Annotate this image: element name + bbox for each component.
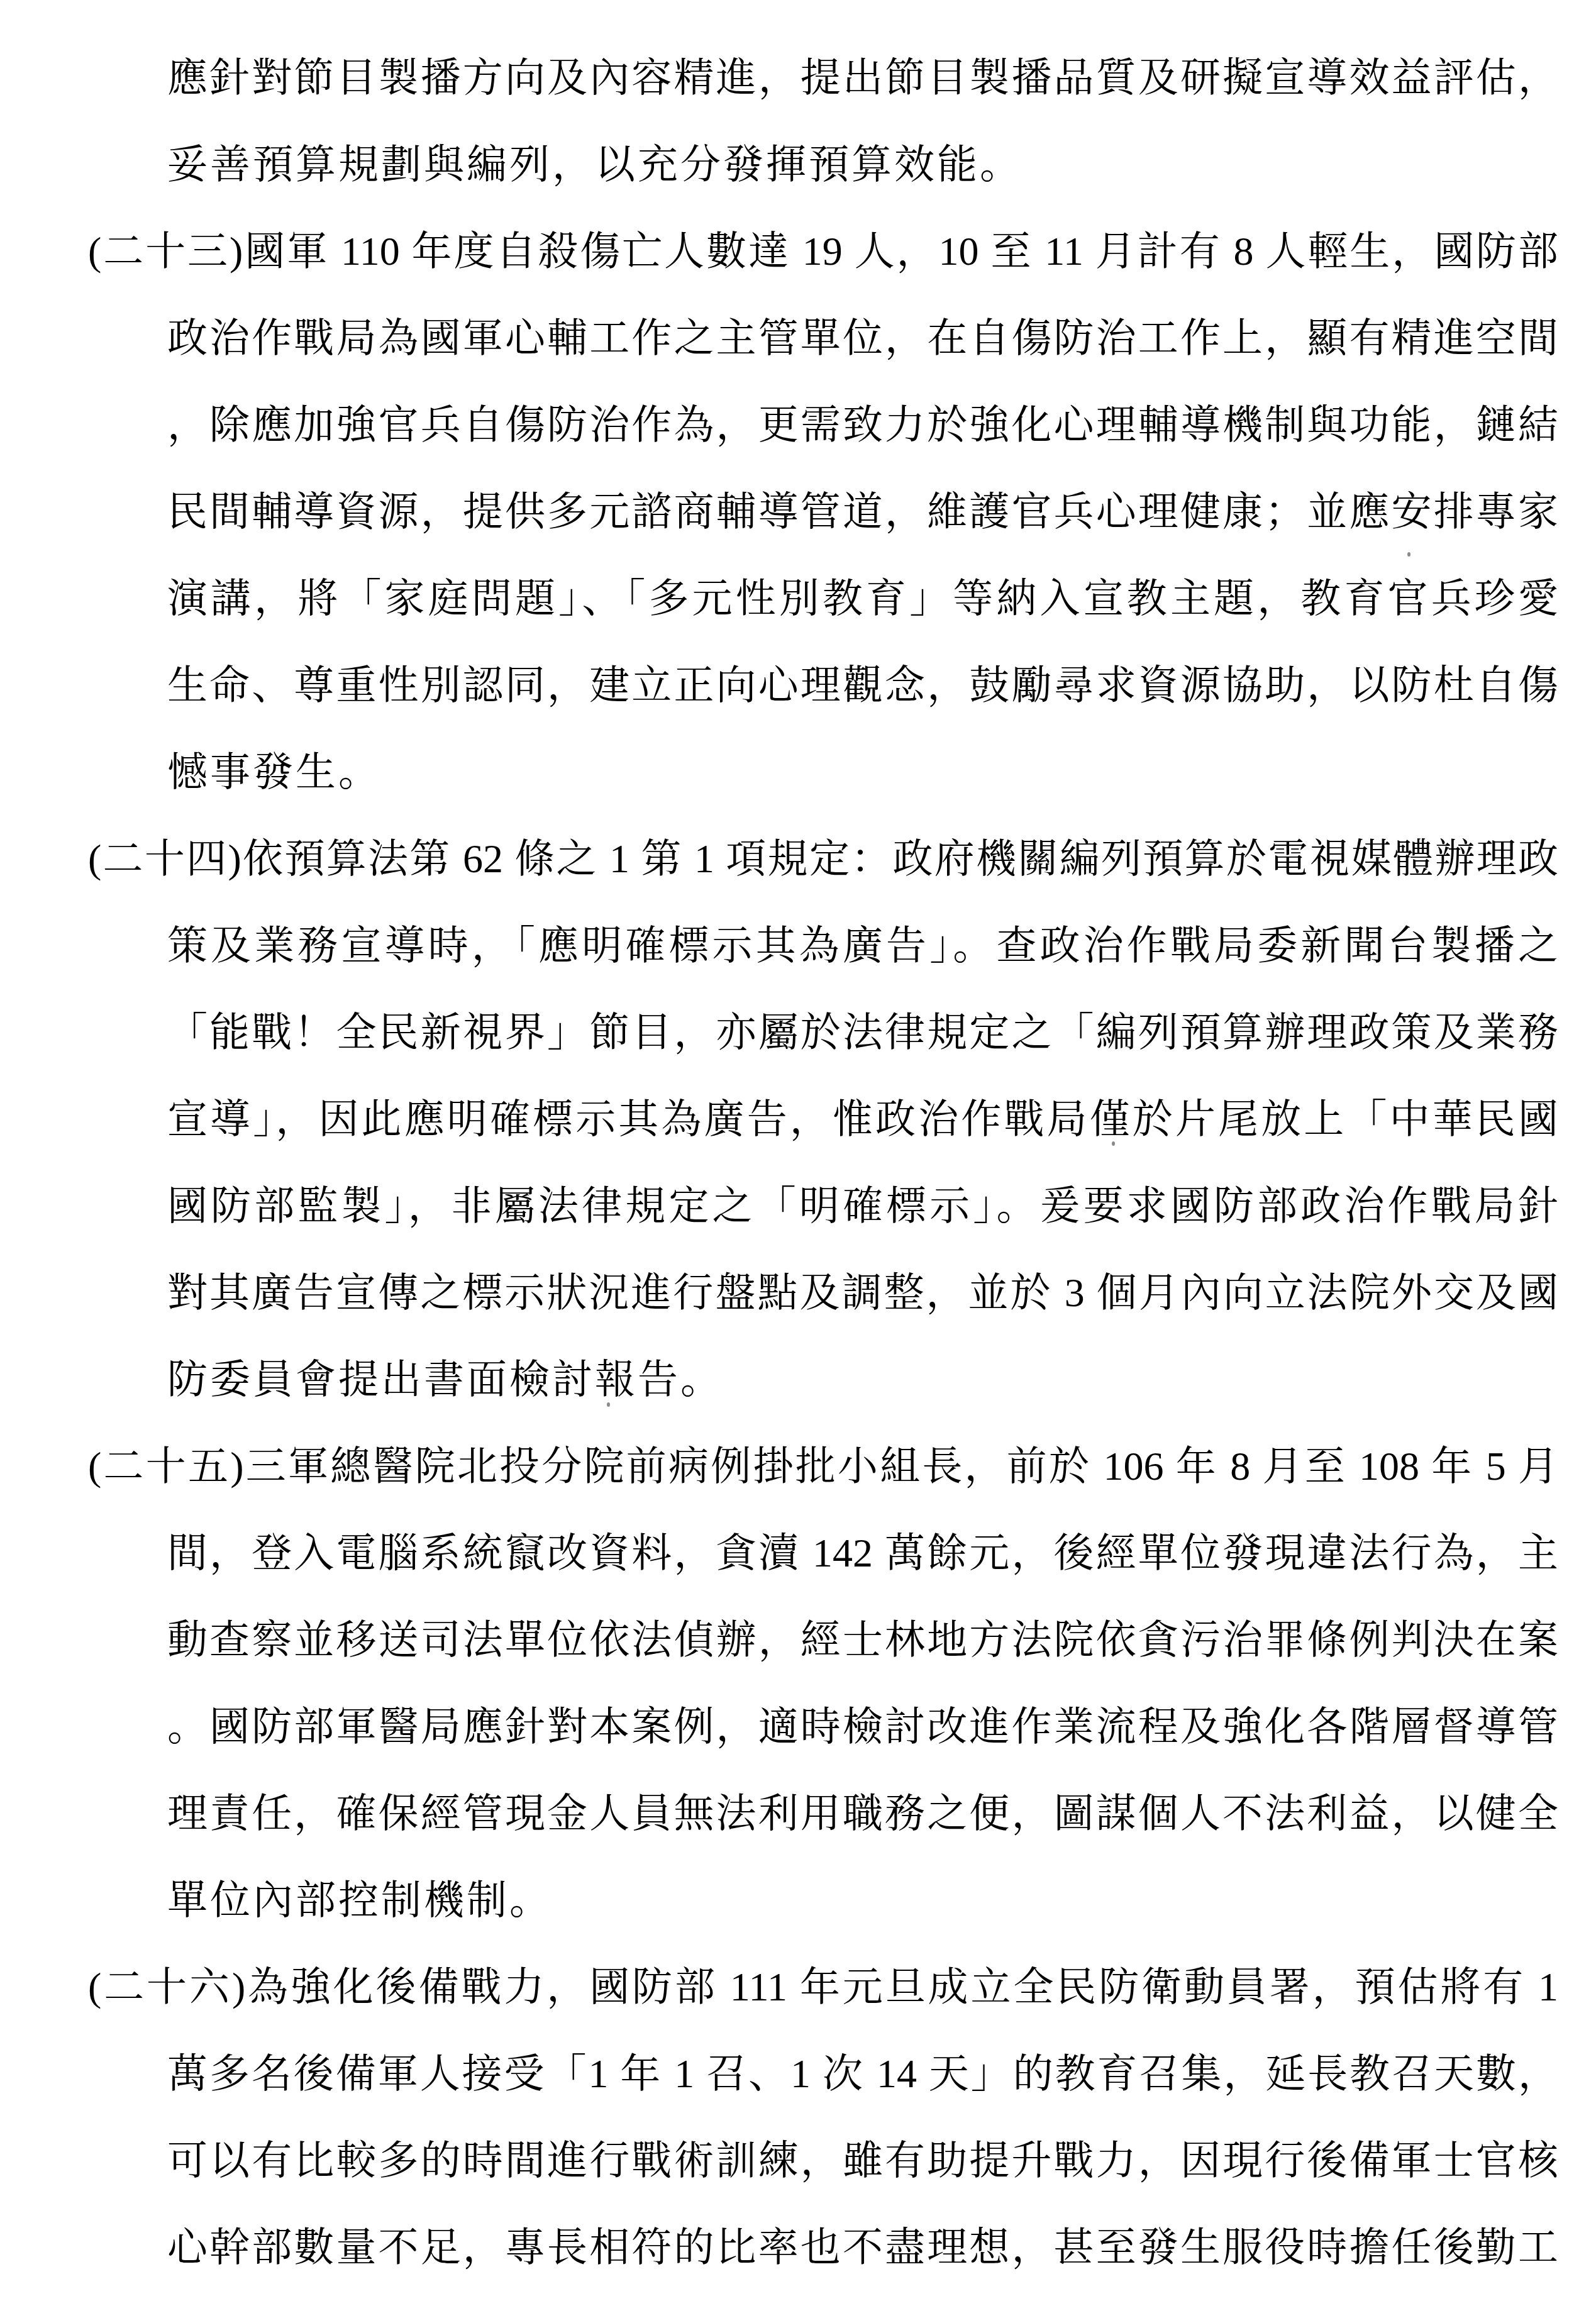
document-line-22: 單位內部控制機制。 <box>0 1857 1596 1944</box>
document-line-15: 對其廣告宣傳之標示狀況進行盤點及調整，並於 3 個月內向立法院外交及國 <box>0 1250 1596 1336</box>
document-line-8: 生命、尊重性別認同，建立正向心理觀念，鼓勵尋求資源協助，以防杜自傷 <box>0 642 1596 729</box>
document-line-1: 應針對節目製播方向及內容精進，提出節目製播品質及研擬宣導效益評估， <box>0 35 1596 121</box>
document-line-13: 宣導」，因此應明確標示其為廣告，惟政治作戰局僅於片尾放上「中華民國 <box>0 1076 1596 1163</box>
document-line-11: 策及業務宣導時，「應明確標示其為廣告」。查政治作戰局委新聞台製播之 <box>0 902 1596 989</box>
document-line-3: (二十三)國軍 110 年度自殺傷亡人數達 19 人，10 至 11 月計有 8… <box>0 208 1596 295</box>
document-line-24: 萬多名後備軍人接受「1 年 1 召、1 次 14 天」的教育召集，延長教召天數， <box>0 2031 1596 2117</box>
document-line-12: 「能戰！全民新視界」節目，亦屬於法律規定之「編列預算辦理政策及業務 <box>0 989 1596 1076</box>
document-line-10: (二十四)依預算法第 62 條之 1 第 1 項規定：政府機關編列預算於電視媒體… <box>0 816 1596 902</box>
document-line-23: (二十六)為強化後備戰力，國防部 111 年元旦成立全民防衛動員署，預估將有 1 <box>0 1944 1596 2031</box>
document-line-26: 心幹部數量不足，專長相符的比率也不盡理想，甚至發生服役時擔任後勤工 <box>0 2204 1596 2291</box>
scan-speck <box>607 1402 610 1407</box>
scan-speck <box>1112 1141 1115 1146</box>
document-line-6: 民間輔導資源，提供多元諮商輔導管道，維護官兵心理健康；並應安排專家 <box>0 469 1596 555</box>
document-line-9: 憾事發生。 <box>0 729 1596 816</box>
document-line-2: 妥善預算規劃與編列，以充分發揮預算效能。 <box>0 121 1596 208</box>
document-page: 應針對節目製播方向及內容精進，提出節目製播品質及研擬宣導效益評估，妥善預算規劃與… <box>0 0 1596 2318</box>
document-line-25: 可以有比較多的時間進行戰術訓練，雖有助提升戰力，因現行後備軍士官核 <box>0 2117 1596 2204</box>
document-line-21: 理責任，確保經管現金人員無法利用職務之便，圖謀個人不法利益，以健全 <box>0 1770 1596 1857</box>
document-line-16: 防委員會提出書面檢討報告。 <box>0 1336 1596 1423</box>
document-line-18: 間，登入電腦系統竄改資料，貪瀆 142 萬餘元，後經單位發現違法行為，主 <box>0 1510 1596 1597</box>
document-line-14: 國防部監製」，非屬法律規定之「明確標示」。爰要求國防部政治作戰局針 <box>0 1163 1596 1250</box>
scan-speck <box>1407 552 1410 557</box>
document-body: 應針對節目製播方向及內容精進，提出節目製播品質及研擬宣導效益評估，妥善預算規劃與… <box>0 35 1596 2291</box>
document-line-20: 。國防部軍醫局應針對本案例，適時檢討改進作業流程及強化各階層督導管 <box>0 1683 1596 1770</box>
document-line-19: 動查察並移送司法單位依法偵辦，經士林地方法院依貪污治罪條例判決在案 <box>0 1597 1596 1683</box>
document-line-17: (二十五)三軍總醫院北投分院前病例掛批小組長，前於 106 年 8 月至 108… <box>0 1423 1596 1510</box>
document-line-7: 演講，將「家庭問題」、「多元性別教育」等納入宣教主題，教育官兵珍愛 <box>0 555 1596 642</box>
document-line-5: ，除應加強官兵自傷防治作為，更需致力於強化心理輔導機制與功能，鏈結 <box>0 382 1596 469</box>
document-line-4: 政治作戰局為國軍心輔工作之主管單位，在自傷防治工作上，顯有精進空間 <box>0 295 1596 382</box>
